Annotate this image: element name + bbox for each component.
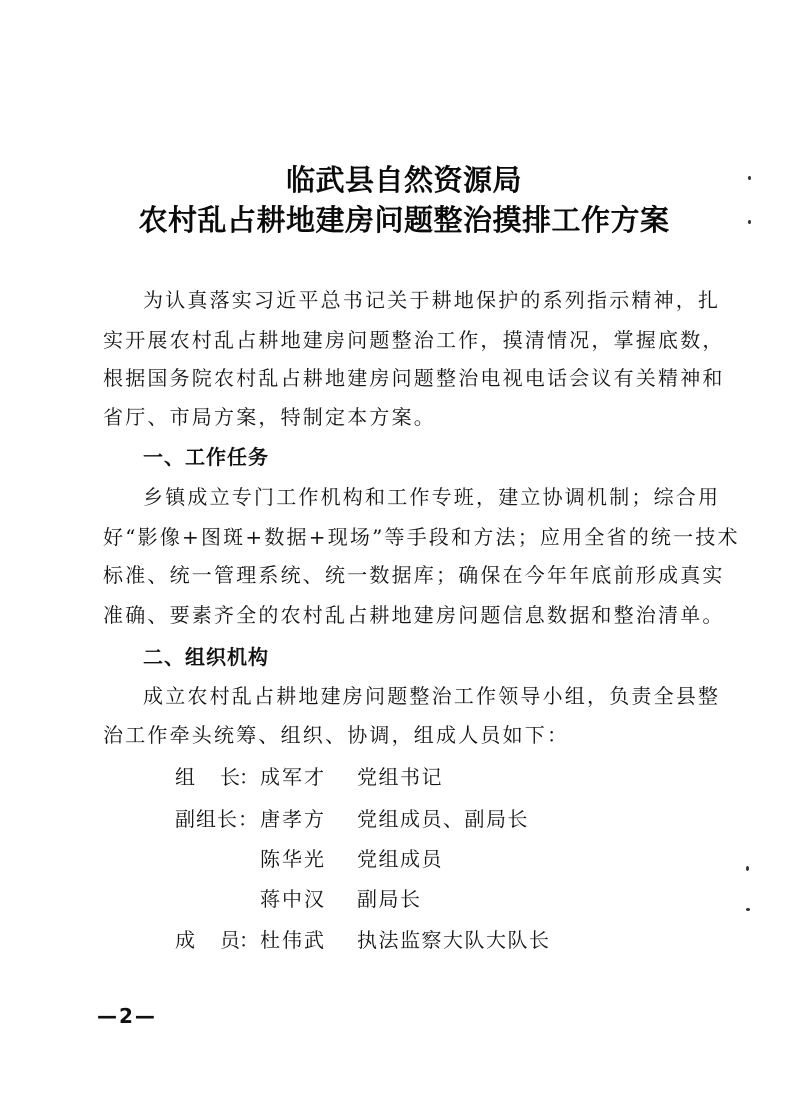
scan-speck	[748, 176, 751, 180]
member-name: 杜伟武	[260, 926, 326, 954]
member-title: 党组成员	[357, 845, 443, 873]
intro-line: 为认真落实习近平总书记关于耕地保护的系列指示精神，扎	[143, 286, 743, 314]
scan-speck	[748, 220, 751, 224]
section-heading-organization: 二、组织机构	[143, 643, 269, 671]
member-role-colon: ：	[239, 763, 259, 791]
intro-line: 省厅、市局方案，特制定本方案。	[103, 403, 703, 431]
page-number: —2—	[97, 1004, 157, 1028]
member-role: 副组长：	[175, 805, 260, 833]
section-line: 准确、要素齐全的农村乱占耕地建房问题信息数据和整治清单。	[103, 601, 703, 629]
section-line: 治工作牵头统筹、组织、协调，组成人员如下：	[103, 721, 703, 749]
member-title: 党组成员、副局长	[357, 805, 529, 833]
member-name: 陈华光	[260, 845, 326, 873]
member-role: 成员	[175, 926, 241, 954]
member-role-colon: ：	[239, 926, 259, 954]
scan-speck	[746, 908, 750, 911]
document-title-org: 临武县自然资源局	[10, 158, 788, 199]
section-line: 成立农村乱占耕地建房问题整治工作领导小组，负责全县整	[143, 682, 743, 710]
member-name: 唐孝方	[260, 805, 326, 833]
member-name: 蒋中汉	[260, 885, 326, 913]
section-line: 好“影像+图斑+数据+现场”等手段和方法；应用全省的统一技术	[103, 523, 703, 551]
member-title: 执法监察大队大队长	[357, 926, 551, 954]
section-line: 标准、统一管理系统、统一数据库；确保在今年年底前形成真实	[103, 561, 703, 589]
member-title: 党组书记	[357, 763, 443, 791]
document-title-main: 农村乱占耕地建房问题整治摸排工作方案	[10, 198, 788, 239]
scan-speck	[746, 866, 749, 871]
document-page: 临武县自然资源局 农村乱占耕地建房问题整治摸排工作方案 为认真落实习近平总书记关…	[0, 0, 788, 1117]
member-title: 副局长	[357, 885, 422, 913]
member-role: 组长	[175, 763, 241, 791]
section-line: 乡镇成立专门工作机构和工作专班，建立协调机制；综合用	[143, 483, 743, 511]
intro-line: 根据国务院农村乱占耕地建房问题整治电视电话会议有关精神和	[103, 364, 703, 392]
intro-line: 实开展农村乱占耕地建房问题整治工作，摸清情况，掌握底数，	[103, 326, 703, 354]
section-heading-tasks: 一、工作任务	[143, 443, 269, 471]
member-name: 成军才	[260, 763, 326, 791]
